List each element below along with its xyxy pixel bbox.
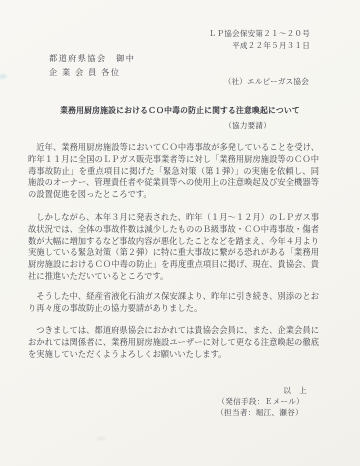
closing-mark: 以 上 bbox=[283, 386, 307, 395]
document-date: 平成２２年５月３１日 bbox=[232, 41, 310, 50]
sender-organization: （社）エルピーガス協会 bbox=[224, 77, 309, 86]
document-number: ＬＰ協会保安第２１～２０号 bbox=[209, 29, 310, 38]
scan-smudge bbox=[0, 74, 7, 79]
contact-persons: （担当者：堀江、瀬谷） bbox=[216, 408, 303, 417]
paragraph-accident-situation: しかしながら、本年３月に発表された、昨年（１月～１２月）のＬＰガス事故状況では、… bbox=[28, 212, 319, 283]
document-subtitle: （協力要請） bbox=[224, 121, 271, 130]
paragraph-background: 近年、業務用厨房施設等においてＣＯ中毒事故が多発していることを受け、昨年１１月に… bbox=[28, 142, 319, 201]
transmission-method: （発信手段：Ｅメール） bbox=[217, 397, 304, 406]
scan-smudge bbox=[96, 437, 106, 440]
recipient-corporate-members: 企 業 会 員 各位 bbox=[49, 68, 120, 78]
document-title: 業務用厨房施設におけるＣＯ中毒の防止に関する注意喚起について bbox=[0, 106, 360, 116]
scanned-letter-page: ＬＰ協会保安第２１～２０号 平成２２年５月３１日 都道府県協会 御中 企 業 会… bbox=[0, 0, 360, 466]
paragraph-ministry-request: そうした中、経産省液化石油ガス保安課より、昨年に引き続き、別添のとおり再々度の事… bbox=[28, 291, 319, 315]
recipient-prefectural-associations: 都道府県協会 御中 bbox=[49, 54, 135, 64]
paragraph-request-to-members: つきましては、都道府県協会におかれては貴協会会員に、また、企業会員におかれては関… bbox=[28, 325, 319, 360]
